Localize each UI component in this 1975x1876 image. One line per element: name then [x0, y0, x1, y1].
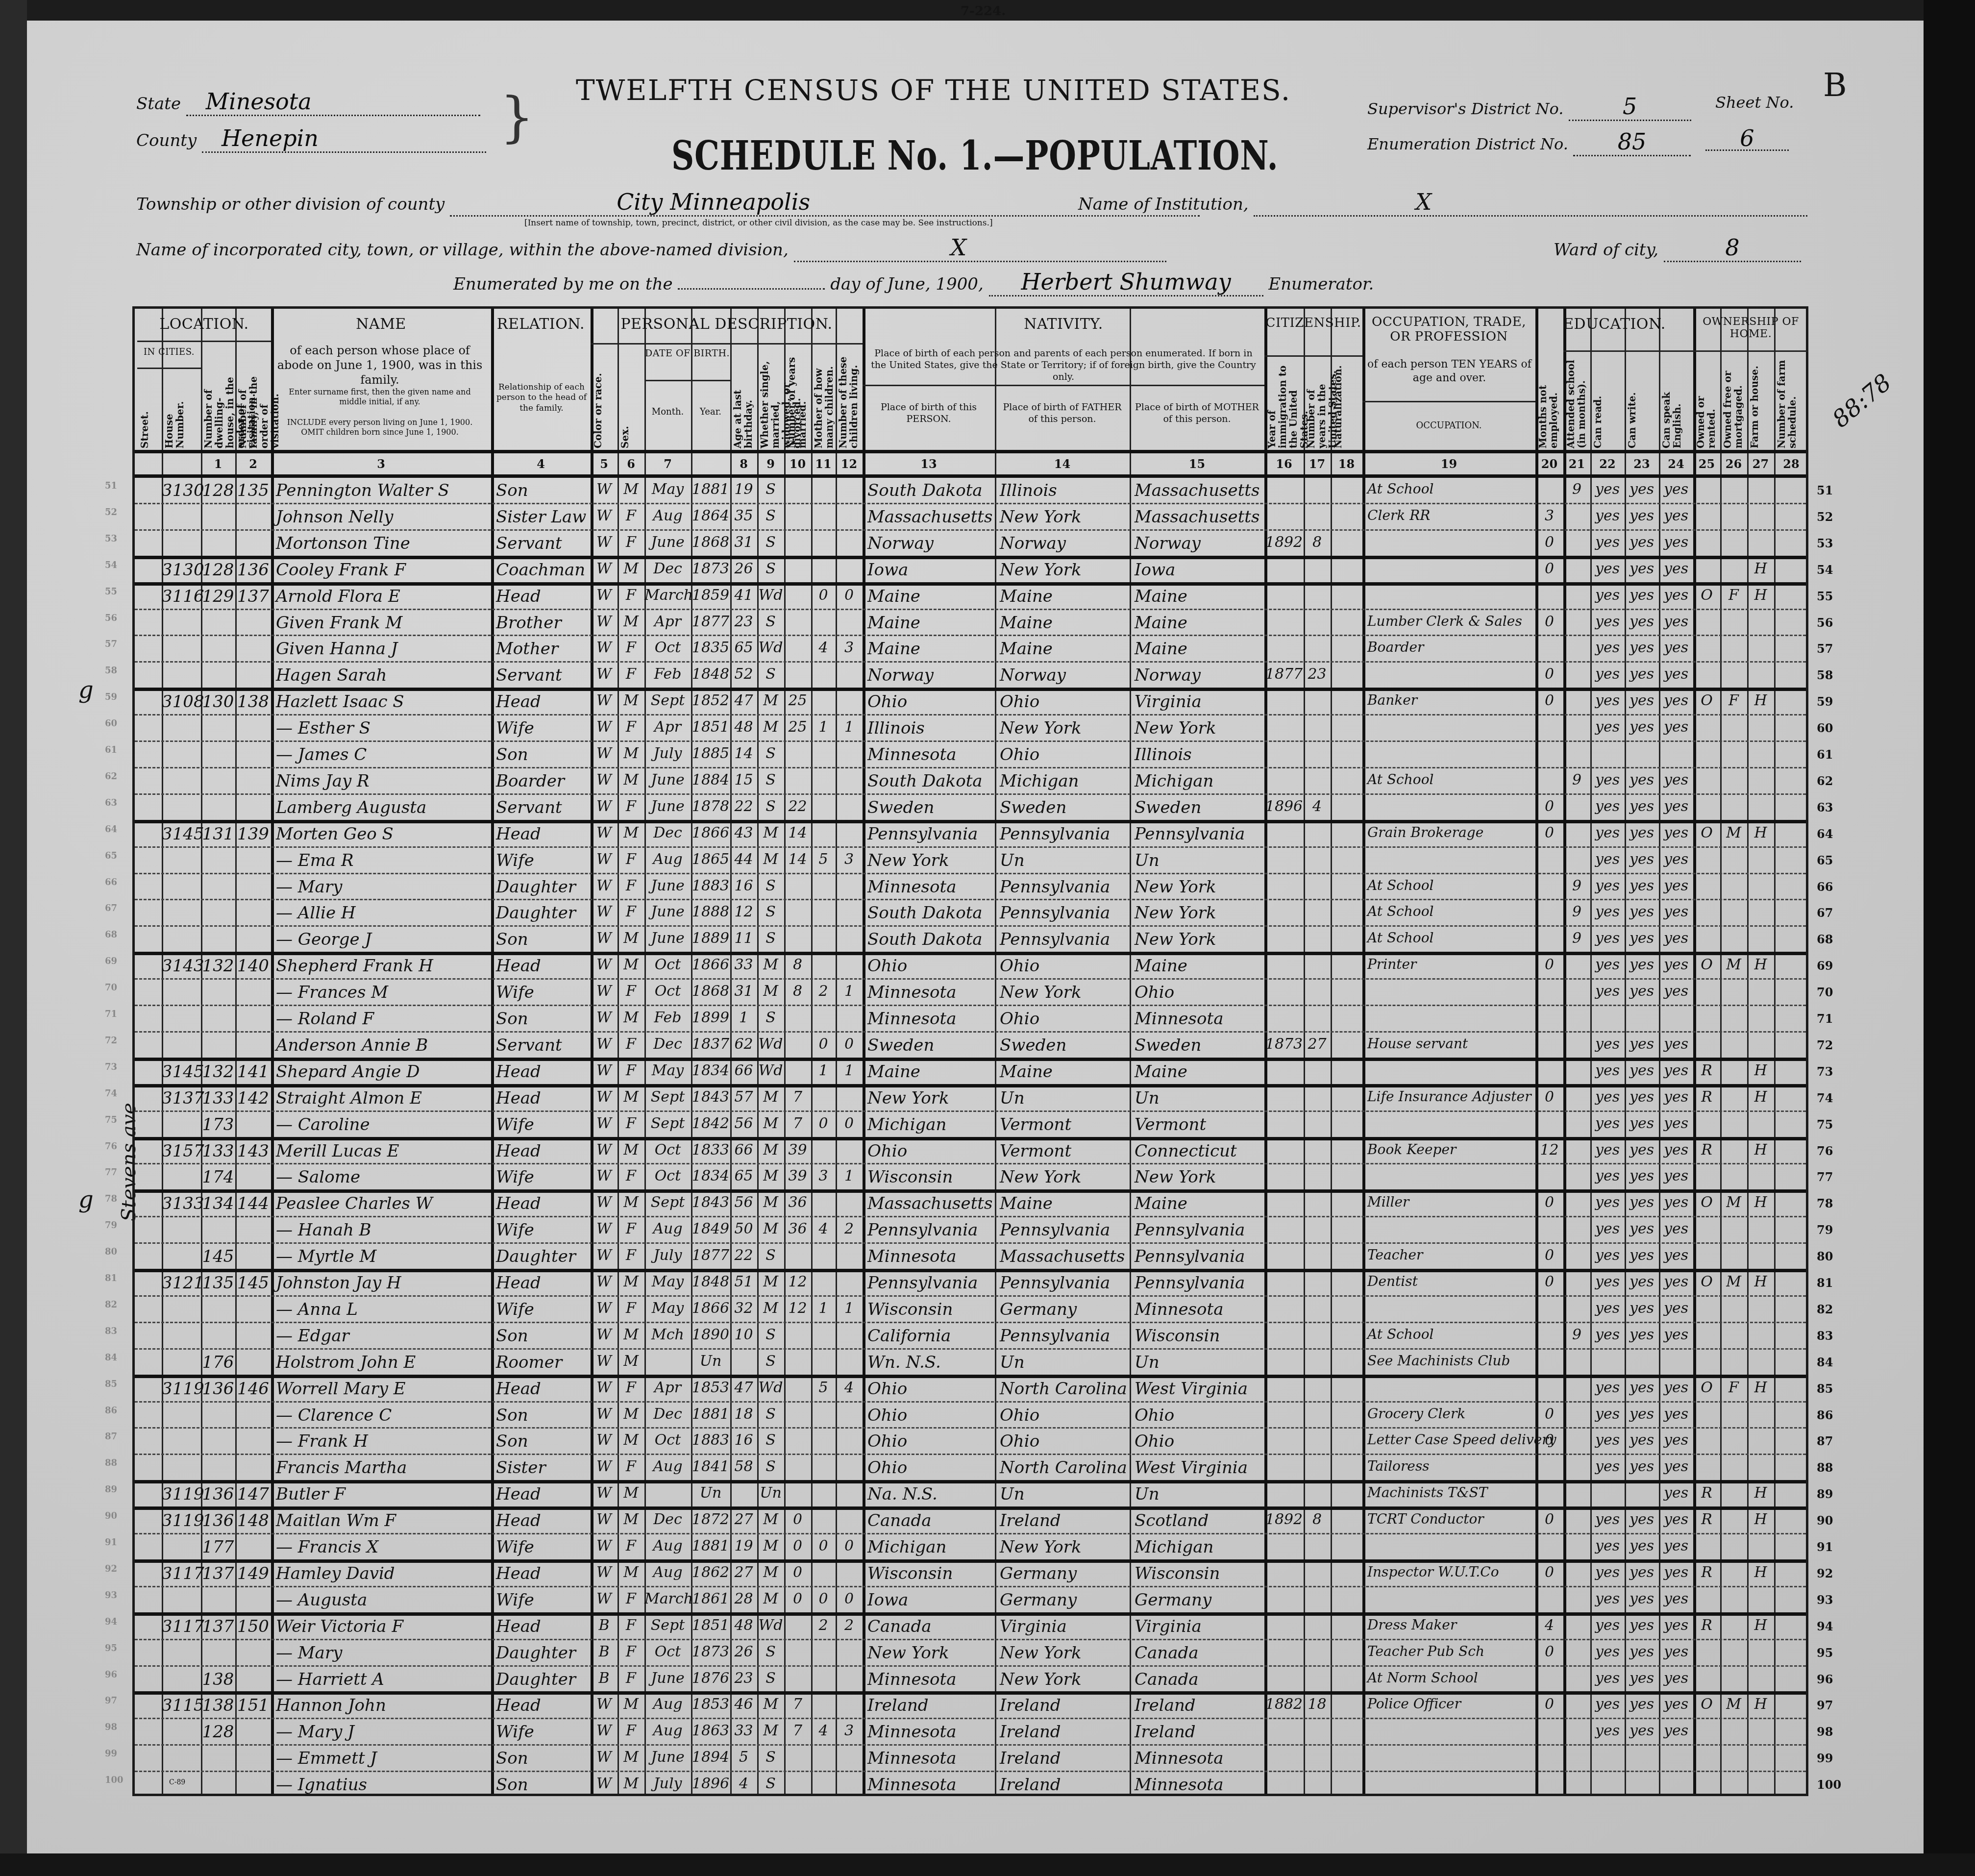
cell-english: yes: [1659, 1063, 1693, 1078]
cell-english: yes: [1659, 852, 1693, 867]
cell-years-married: 7: [784, 1116, 811, 1131]
cell-write: yes: [1625, 482, 1659, 497]
cell-sex: M: [617, 1433, 644, 1448]
row-divider: [135, 1559, 1806, 1563]
cell-read: yes: [1590, 1090, 1625, 1105]
cell-pob: Ohio: [863, 1381, 995, 1397]
cell-year: 1849: [691, 1222, 730, 1236]
cell-sex: M: [617, 1011, 644, 1025]
line-number: 90: [1817, 1513, 1833, 1528]
cell-dwelling: 133: [201, 1090, 235, 1107]
cell-read: yes: [1590, 1539, 1625, 1554]
column-label: House Number.: [164, 372, 199, 448]
cell-name: Hagen Sarah: [271, 667, 491, 684]
cell-english: yes: [1659, 931, 1693, 946]
cell-owned: R: [1693, 1486, 1720, 1501]
cell-relation: Wife: [491, 1169, 591, 1185]
cell-name: Hamley David: [271, 1565, 491, 1582]
cell-immig: 1877: [1264, 667, 1304, 682]
cell-read: yes: [1590, 1512, 1625, 1527]
cell-read: yes: [1590, 1328, 1625, 1342]
cell-mother-pob: Norway: [1130, 667, 1264, 684]
cell-relation: Son: [491, 1328, 591, 1344]
group-in-cities: IN CITIES.: [137, 347, 201, 357]
cell-read: yes: [1590, 482, 1625, 497]
cell-year: 1877: [691, 1248, 730, 1263]
supervisor-label: Supervisor's District No.: [1367, 99, 1563, 118]
cell-pob: Minnesota: [863, 1724, 995, 1740]
cell-month: Apr: [644, 1381, 691, 1395]
line-number-left: 55: [105, 587, 117, 597]
cell-sex: F: [617, 1063, 644, 1078]
cell-mother-pob: Maine: [1130, 615, 1264, 631]
cell-father-pob: Ohio: [995, 746, 1130, 763]
cell-year: 1883: [691, 1433, 730, 1448]
cell-write: yes: [1625, 1143, 1659, 1158]
cell-father-pob: Ireland: [995, 1724, 1130, 1740]
cell-read: yes: [1590, 1724, 1625, 1738]
cell-pob: Illinois: [863, 720, 995, 737]
cell-sex: M: [617, 1328, 644, 1342]
cell-read: yes: [1590, 852, 1625, 867]
cell-dwelling: 136: [201, 1512, 235, 1529]
cell-sex: F: [617, 879, 644, 893]
cell-read: yes: [1590, 693, 1625, 708]
cell-mother-of: 1: [811, 720, 836, 735]
row-divider: [135, 1058, 1806, 1061]
cell-year: 1848: [691, 1275, 730, 1289]
column-label: Months not employed.: [1537, 355, 1561, 448]
cell-occupation: Lumber Clerk & Sales: [1362, 615, 1535, 628]
cell-marital: Wd: [757, 641, 784, 655]
cell-months-unemp: 0: [1535, 1248, 1563, 1263]
cell-school: 9: [1563, 1328, 1590, 1342]
cell-month: Feb: [644, 1011, 691, 1025]
cell-sex: M: [617, 1407, 644, 1422]
cell-mother-pob: Germany: [1130, 1592, 1264, 1608]
cell-color: W: [591, 799, 617, 814]
cell-sex: M: [617, 1565, 644, 1580]
cell-write: yes: [1625, 1618, 1659, 1633]
cell-relation: Head: [491, 1618, 591, 1635]
cell-month: Aug: [644, 1724, 691, 1738]
cell-living: 0: [836, 588, 863, 603]
cell-write: yes: [1625, 1671, 1659, 1686]
cell-age: 22: [730, 1248, 757, 1263]
cell-color: W: [591, 1063, 617, 1078]
line-number: 54: [1817, 563, 1833, 577]
cell-mother-of: 5: [811, 1381, 836, 1395]
cell-color: W: [591, 826, 617, 840]
cell-dwelling: 134: [201, 1195, 235, 1212]
cell-relation: Daughter: [491, 1671, 591, 1688]
cell-write: yes: [1625, 1724, 1659, 1738]
row-divider: [135, 1084, 1806, 1087]
supervisor-district-field: Supervisor's District No. 5: [1367, 93, 1691, 121]
cell-dwelling: 138: [201, 1697, 235, 1714]
line-number-left: 99: [105, 1749, 117, 1759]
cell-relation: Daughter: [491, 1645, 591, 1661]
cell-pob: Minnesota: [863, 1750, 995, 1767]
cell-relation: Son: [491, 931, 591, 948]
cell-marital: M: [757, 1512, 784, 1527]
cell-years-married: 14: [784, 826, 811, 840]
institution-value: X: [1415, 189, 1432, 215]
cell-month: July: [644, 1777, 691, 1791]
cell-dwelling: 135: [201, 1275, 235, 1291]
row-divider: [135, 1242, 1806, 1244]
column-label: Color or race.: [592, 348, 616, 448]
cell-months-unemp: 0: [1535, 562, 1563, 576]
cell-father-pob: Pennsylvania: [995, 1222, 1130, 1238]
cell-sex: F: [617, 1116, 644, 1131]
cell-farm: H: [1747, 1381, 1774, 1395]
group-divider: [1362, 401, 1535, 402]
cell-father-pob: Ohio: [995, 1011, 1130, 1027]
cell-english: yes: [1659, 1116, 1693, 1131]
cell-year: 1885: [691, 746, 730, 761]
cell-mother-of: 4: [811, 641, 836, 655]
line-number: 100: [1817, 1777, 1841, 1792]
line-number: 57: [1817, 642, 1833, 656]
schedule-title: SCHEDULE No. 1.—POPULATION.: [671, 132, 1278, 179]
header-divider: [135, 450, 1806, 453]
cell-pob: Ohio: [863, 1143, 995, 1160]
cell-mother-of: 0: [811, 1116, 836, 1131]
cell-living: 3: [836, 852, 863, 867]
line-number-left: 89: [105, 1484, 117, 1495]
group-personal-description: PERSONAL DESCRIPTION.: [591, 316, 863, 333]
cell-year: 1864: [691, 509, 730, 523]
cell-name: — Mary J: [271, 1724, 491, 1740]
cell-color: W: [591, 1222, 617, 1236]
cell-year: 1884: [691, 773, 730, 788]
cell-father-pob: Ohio: [995, 693, 1130, 710]
line-number: 82: [1817, 1302, 1833, 1316]
group-education: EDUCATION.: [1535, 316, 1693, 333]
cell-pob: Na. N.S.: [863, 1486, 995, 1503]
cell-read: yes: [1590, 905, 1625, 919]
cell-dwelling: 176: [201, 1354, 235, 1371]
cell-pob: Michigan: [863, 1116, 995, 1133]
cell-name: — Augusta: [271, 1592, 491, 1608]
cell-occupation: At School: [1362, 931, 1535, 945]
cell-house: 3116: [162, 588, 201, 605]
cell-month: July: [644, 746, 691, 761]
line-number: 99: [1817, 1751, 1833, 1765]
cell-father-pob: New York: [995, 984, 1130, 1001]
cell-year: 1872: [691, 1512, 730, 1527]
cell-read: yes: [1590, 1063, 1625, 1078]
cell-father-pob: New York: [995, 509, 1130, 525]
cell-mother-pob: Massachusetts: [1130, 482, 1264, 499]
cell-english: yes: [1659, 1512, 1693, 1527]
cell-mother-pob: Iowa: [1130, 562, 1264, 578]
column-label: Mother of how many children.: [813, 348, 834, 448]
cell-father-pob: Norway: [995, 535, 1130, 552]
column-label: Place of birth of this PERSON.: [865, 402, 992, 425]
line-number: 80: [1817, 1249, 1833, 1263]
cell-family: 149: [235, 1565, 271, 1582]
cell-color: W: [591, 667, 617, 682]
cell-occupation: At Norm School: [1362, 1671, 1535, 1685]
column-label: Age at last birthday.: [732, 348, 755, 448]
column-divider: [1774, 309, 1776, 1794]
cell-sex: F: [617, 1618, 644, 1633]
cell-read: yes: [1590, 1671, 1625, 1686]
cell-write: yes: [1625, 1116, 1659, 1131]
cell-relation: Boarder: [491, 773, 591, 790]
cell-year: 1868: [691, 984, 730, 999]
cell-pob: Massachusetts: [863, 1195, 995, 1212]
cell-mother-pob: New York: [1130, 720, 1264, 737]
cell-month: June: [644, 535, 691, 550]
cell-name: — George J: [271, 931, 491, 948]
cell-free: M: [1720, 1195, 1747, 1210]
cell-month: May: [644, 1063, 691, 1078]
cell-family: 135: [235, 482, 271, 499]
row-divider: [135, 1005, 1806, 1006]
cell-english: yes: [1659, 667, 1693, 682]
header-divider: [135, 474, 1806, 478]
cell-age: 31: [730, 984, 757, 999]
row-divider: [135, 529, 1806, 531]
cell-color: W: [591, 1275, 617, 1289]
cell-read: yes: [1590, 1195, 1625, 1210]
cell-month: Aug: [644, 1222, 691, 1236]
cell-years-married: 7: [784, 1697, 811, 1712]
cell-name: Holstrom John E: [271, 1354, 491, 1371]
cell-mother-pob: Illinois: [1130, 746, 1264, 763]
cell-mother-pob: Ireland: [1130, 1697, 1264, 1714]
cell-marital: S: [757, 931, 784, 946]
cell-write: yes: [1625, 931, 1659, 946]
cell-free: M: [1720, 1275, 1747, 1289]
cell-sex: F: [617, 509, 644, 523]
margin-mark-left-1: g: [78, 676, 94, 704]
cell-occupation: At School: [1362, 905, 1535, 918]
cell-relation: Head: [491, 1486, 591, 1503]
margin-mark-left-2: g: [78, 1186, 94, 1213]
cell-month: Apr: [644, 720, 691, 735]
cell-age: 33: [730, 1724, 757, 1738]
cell-month: Sept: [644, 1116, 691, 1131]
column-number: 6: [617, 457, 644, 471]
group-divider: [137, 368, 201, 369]
cell-read: yes: [1590, 826, 1625, 840]
cell-name: — Edgar: [271, 1328, 491, 1344]
cell-owned: R: [1693, 1618, 1720, 1633]
cell-father-pob: Illinois: [995, 482, 1130, 499]
line-number: 60: [1817, 721, 1833, 735]
cell-pob: Wisconsin: [863, 1169, 995, 1185]
cell-english: yes: [1659, 1618, 1693, 1633]
cell-english: yes: [1659, 1381, 1693, 1395]
cell-write: yes: [1625, 1301, 1659, 1316]
cell-marital: M: [757, 852, 784, 867]
line-number-left: 69: [105, 956, 117, 966]
nativity-description: Place of birth of each person and parent…: [867, 348, 1259, 383]
cell-occupation: Dress Maker: [1362, 1618, 1535, 1632]
cell-color: W: [591, 1169, 617, 1184]
cell-father-pob: Maine: [995, 615, 1130, 631]
cell-sex: M: [617, 1697, 644, 1712]
cell-year: 1859: [691, 588, 730, 603]
cell-sex: F: [617, 1724, 644, 1738]
cell-year: 1866: [691, 958, 730, 972]
ward-field: Ward of city, 8: [1554, 234, 1801, 262]
line-number-left: 67: [105, 903, 117, 913]
cell-month: May: [644, 1301, 691, 1316]
cell-relation: Daughter: [491, 1248, 591, 1265]
line-number: 87: [1817, 1434, 1833, 1448]
cell-write: yes: [1625, 1195, 1659, 1210]
row-divider: [135, 1322, 1806, 1323]
line-number-left: 76: [105, 1141, 117, 1152]
cell-family: 139: [235, 826, 271, 842]
line-number-left: 64: [105, 824, 117, 835]
cell-age: 10: [730, 1328, 757, 1342]
incorporated-value: X: [951, 234, 967, 261]
cell-color: W: [591, 984, 617, 999]
group-divider: [1264, 355, 1362, 357]
cell-mother-pob: Un: [1130, 852, 1264, 869]
cell-farm: H: [1747, 1275, 1774, 1289]
column-label: Sex.: [619, 348, 642, 448]
cell-marital: M: [757, 693, 784, 708]
cell-occupation: Teacher: [1362, 1248, 1535, 1262]
cell-marital: M: [757, 1169, 784, 1184]
cell-color: W: [591, 879, 617, 893]
cell-mother-pob: Ohio: [1130, 984, 1264, 1001]
cell-years-us: 4: [1304, 799, 1331, 814]
cell-name: Merill Lucas E: [271, 1143, 491, 1160]
cell-relation: Son: [491, 1750, 591, 1767]
cell-relation: Head: [491, 693, 591, 710]
cell-relation: Servant: [491, 667, 591, 684]
cell-living: 1: [836, 1063, 863, 1078]
cell-father-pob: Pennsylvania: [995, 1275, 1130, 1291]
cell-family: 147: [235, 1486, 271, 1503]
cell-occupation: See Machinists Club: [1362, 1354, 1535, 1368]
cell-father-pob: Germany: [995, 1301, 1130, 1318]
cell-color: W: [591, 482, 617, 497]
cell-mother-pob: Minnesota: [1130, 1011, 1264, 1027]
cell-year: 1881: [691, 482, 730, 497]
cell-english: yes: [1659, 562, 1693, 576]
cell-marital: M: [757, 1143, 784, 1158]
cell-father-pob: Ireland: [995, 1777, 1130, 1793]
cell-relation: Servant: [491, 1037, 591, 1054]
cell-months-unemp: 0: [1535, 1697, 1563, 1712]
cell-marital: Wd: [757, 1381, 784, 1395]
cell-name: Worrell Mary E: [271, 1381, 491, 1397]
cell-color: W: [591, 1301, 617, 1316]
cell-name: — Mary: [271, 879, 491, 895]
cell-age: 56: [730, 1116, 757, 1131]
cell-mother-pob: Sweden: [1130, 1037, 1264, 1054]
row-divider: [135, 952, 1806, 955]
cell-relation: Head: [491, 1512, 591, 1529]
cell-age: 26: [730, 562, 757, 576]
cell-name: — Frank H: [271, 1433, 491, 1450]
line-number-left: 79: [105, 1220, 117, 1231]
cell-marital: M: [757, 1090, 784, 1105]
cell-month: Oct: [644, 984, 691, 999]
cell-age: 19: [730, 482, 757, 497]
cell-sex: M: [617, 826, 644, 840]
cell-mother-pob: Pennsylvania: [1130, 1222, 1264, 1238]
cell-read: yes: [1590, 1116, 1625, 1131]
cell-living: 1: [836, 720, 863, 735]
cell-mother-pob: Minnesota: [1130, 1301, 1264, 1318]
cell-name: — Esther S: [271, 720, 491, 737]
cell-age: 26: [730, 1645, 757, 1659]
row-divider: [135, 1506, 1806, 1510]
cell-farm: H: [1747, 826, 1774, 840]
cell-occupation: Dentist: [1362, 1275, 1535, 1288]
cell-read: yes: [1590, 1459, 1625, 1474]
line-number: 93: [1817, 1593, 1833, 1607]
cell-mother-pob: New York: [1130, 931, 1264, 948]
column-divider: [1720, 309, 1722, 1794]
cell-house: 3137: [162, 1090, 201, 1107]
row-divider: [135, 1665, 1806, 1667]
cell-month: June: [644, 931, 691, 946]
cell-color: W: [591, 509, 617, 523]
cell-english: yes: [1659, 984, 1693, 999]
cell-marital: S: [757, 482, 784, 497]
cell-relation: Head: [491, 1195, 591, 1212]
cell-occupation: At School: [1362, 482, 1535, 496]
row-divider: [135, 556, 1806, 559]
cell-pob: Canada: [863, 1618, 995, 1635]
county-field: County Henepin: [136, 125, 494, 149]
cell-relation: Servant: [491, 535, 591, 552]
column-label: OCCUPATION.: [1362, 420, 1535, 432]
cell-write: yes: [1625, 720, 1659, 735]
cell-color: W: [591, 1433, 617, 1448]
cell-color: W: [591, 1381, 617, 1395]
cell-mother-pob: Wisconsin: [1130, 1328, 1264, 1344]
incorporated-field: Name of incorporated city, town, or vill…: [136, 234, 1263, 262]
cell-name: — Hanah B: [271, 1222, 491, 1238]
line-number-left: 65: [105, 851, 117, 861]
column-label: Farm or house.: [1749, 355, 1772, 448]
cell-name: — Harriett A: [271, 1671, 491, 1688]
cell-house: 3130: [162, 482, 201, 499]
line-number: 51: [1817, 483, 1833, 497]
cell-relation: Wife: [491, 1116, 591, 1133]
cell-sex: F: [617, 641, 644, 655]
cell-occupation: Grain Brokerage: [1362, 826, 1535, 839]
cell-relation: Head: [491, 588, 591, 605]
column-number: 4: [491, 457, 591, 471]
cell-marital: M: [757, 1592, 784, 1606]
line-number-left: 71: [105, 1009, 117, 1019]
column-label: Owned or rented.: [1695, 355, 1718, 448]
cell-name: — Ema R: [271, 852, 491, 869]
row-divider: [135, 1111, 1806, 1112]
cell-pob: Iowa: [863, 1592, 995, 1608]
ward-value: 8: [1725, 234, 1739, 261]
cell-months-unemp: 0: [1535, 826, 1563, 840]
cell-family: 141: [235, 1063, 271, 1080]
row-divider: [135, 1031, 1806, 1033]
sheet-field: 6: [1705, 125, 1789, 151]
row-divider: [135, 661, 1806, 663]
column-label: Street.: [139, 372, 160, 448]
